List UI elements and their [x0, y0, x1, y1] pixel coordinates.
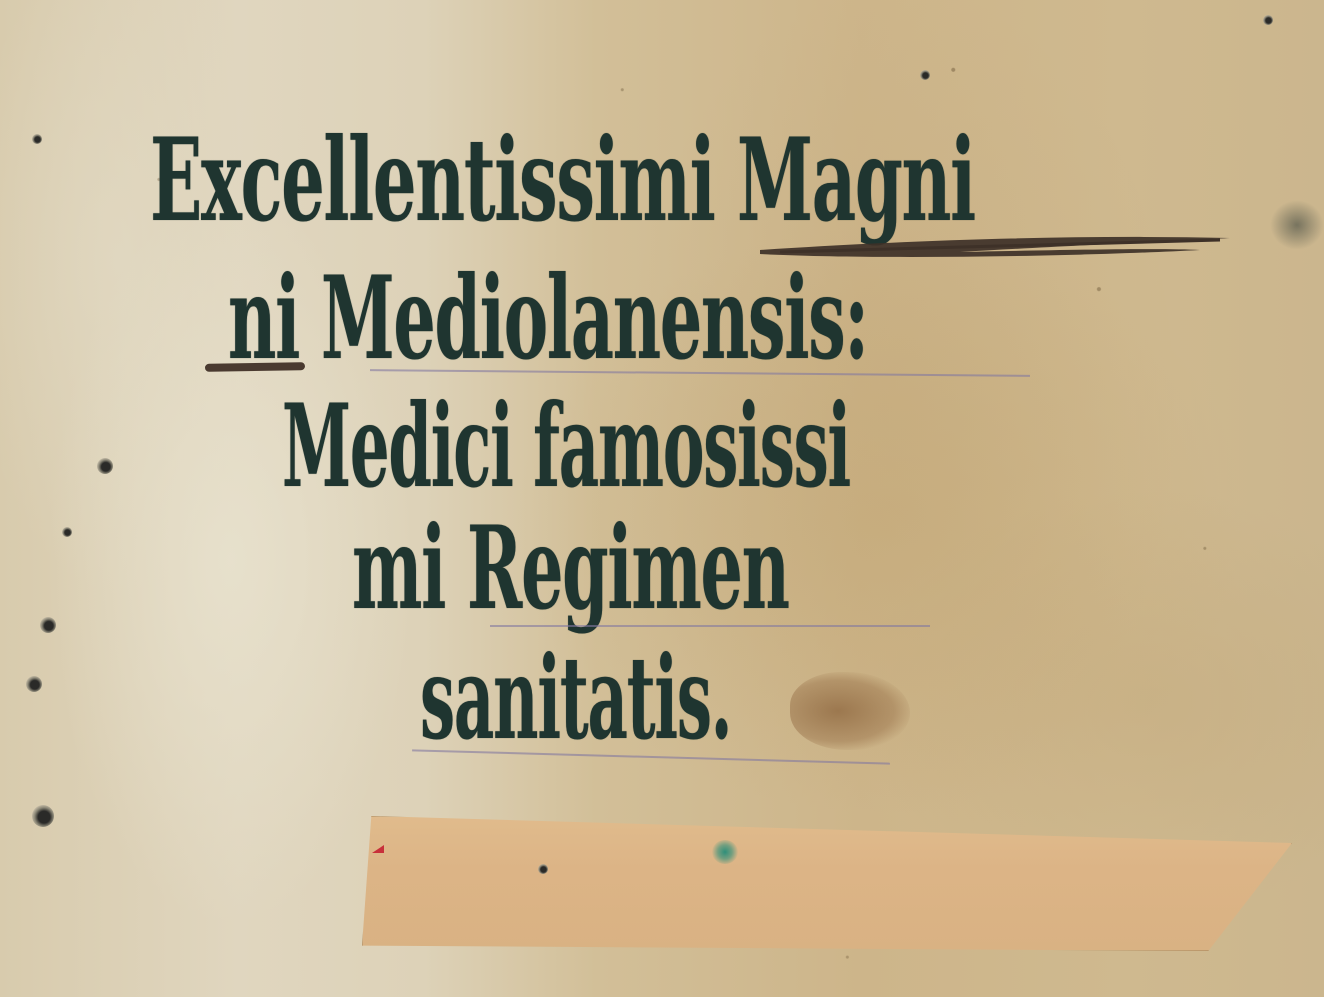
wormhole [920, 70, 930, 80]
wormhole [97, 458, 113, 474]
wormhole [26, 676, 42, 692]
title-line-5: sanitatis. [420, 630, 731, 765]
green-spot [712, 840, 738, 864]
wormhole [538, 864, 548, 874]
wormhole [32, 805, 54, 827]
wormhole [40, 617, 56, 633]
title-line-4: mi Regimen [352, 500, 789, 635]
document-page: Excellentissimi Magni ni Mediolanensis: … [0, 0, 1324, 997]
brown-stain [790, 672, 910, 750]
wormhole [1263, 15, 1273, 25]
title-line-3: Medici famosissi [282, 378, 850, 513]
title-block: Excellentissimi Magni ni Mediolanensis: … [0, 0, 1324, 800]
wormhole [32, 134, 42, 144]
dark-smudge [1270, 200, 1324, 250]
paper-repair-strip [362, 816, 1292, 951]
pencil-underline-regimen [490, 625, 930, 627]
ink-flourish-underline [760, 228, 1240, 268]
wormhole [62, 527, 72, 537]
title-line-1: Excellentissimi Magni [150, 112, 975, 247]
title-line-2: ni Mediolanensis: [228, 250, 868, 385]
